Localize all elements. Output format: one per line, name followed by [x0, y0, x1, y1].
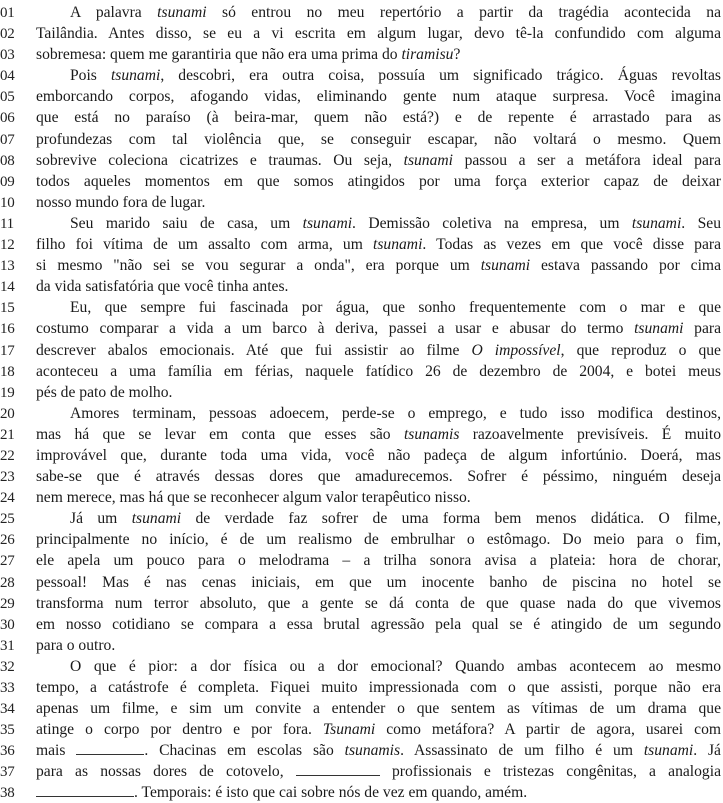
text-segment: razoavelmente previsíveis. É muito — [459, 426, 721, 443]
italic-term: tsunami — [634, 320, 683, 337]
text-segment: costumo comparar a vida a um barco à der… — [36, 320, 634, 337]
text-line: 31para o outro. — [0, 635, 723, 656]
text-line: 08sobrevive coleciona cicatrizes e traum… — [0, 150, 723, 171]
text-segment: , descobri, era outra coisa, possuía um … — [160, 67, 721, 84]
text-segment: mas há que se levar em conta que esses s… — [36, 426, 404, 443]
text-line: 25Já um tsunami de verdade faz sofrer de… — [0, 508, 723, 529]
text-line: 37para as nossas dores de cotovelo, prof… — [0, 761, 723, 782]
text-segment: profundezas com tal violência que, se co… — [36, 131, 721, 148]
italic-term: tsunami — [303, 215, 352, 232]
line-number: 16 — [0, 319, 36, 340]
text-line: 13si mesmo "não sei se vou segurar a ond… — [0, 255, 723, 276]
text-segment: pés de pato de molho. — [36, 384, 172, 401]
italic-term: tsunami — [157, 4, 206, 21]
line-number: 18 — [0, 362, 36, 383]
italic-term: tsunamis — [404, 426, 459, 443]
text-line: 34apenas um filme, e sim um convite a en… — [0, 698, 723, 719]
line-number: 04 — [0, 66, 36, 87]
text-segment: profissionais e tristezas congênitas, a … — [380, 763, 721, 780]
text-segment: como metáfora? A partir de agora, usarei… — [375, 721, 721, 738]
text-segment: para o outro. — [36, 637, 115, 654]
line-number: 24 — [0, 488, 36, 509]
text-segment: da vida satisfatória que você tinha ante… — [36, 278, 288, 295]
text-line: 01A palavra tsunami só entrou no meu rep… — [0, 2, 723, 23]
text-segment: sabe-se que é através dessas dores que a… — [36, 468, 721, 485]
line-text: para as nossas dores de cotovelo, profis… — [36, 761, 721, 782]
text-segment: passou a ser a metáfora ideal para — [453, 152, 721, 169]
fill-in-blank[interactable] — [76, 753, 144, 755]
text-line: 03sobremesa: quem me garantiria que não … — [0, 44, 723, 65]
text-line: 07profundezas com tal violência que, se … — [0, 129, 723, 150]
text-segment: si mesmo "não sei se vou segurar a onda"… — [36, 257, 481, 274]
line-text: Seu marido saiu de casa, um tsunami. Dem… — [36, 213, 721, 234]
text-segment: O que é pior: a dor física ou a dor emoc… — [70, 658, 721, 675]
line-number: 36 — [0, 741, 36, 762]
line-number: 23 — [0, 467, 36, 488]
text-segment: emborcando corpos, afogando vidas, elimi… — [36, 88, 721, 105]
text-segment: , que reproduz o que — [561, 342, 721, 359]
line-text: sabe-se que é através dessas dores que a… — [36, 466, 721, 487]
line-number: 07 — [0, 130, 36, 151]
text-segment: . Todas as vezes em que você disse para — [422, 236, 721, 253]
line-number: 05 — [0, 87, 36, 108]
line-number: 10 — [0, 193, 36, 214]
line-text: pés de pato de molho. — [36, 382, 721, 403]
italic-term: O impossível — [471, 342, 560, 359]
text-segment: Seu marido saiu de casa, um — [70, 215, 303, 232]
line-number: 02 — [0, 24, 36, 45]
text-line: 14da vida satisfatória que você tinha an… — [0, 276, 723, 297]
text-line: 02Tailândia. Antes disso, se eu a vi esc… — [0, 23, 723, 44]
line-number: 01 — [0, 3, 36, 24]
text-line: 20Amores terminam, pessoas adoecem, perd… — [0, 403, 723, 424]
text-line: 21mas há que se levar em conta que esses… — [0, 424, 723, 445]
line-text: todos aqueles momentos em que somos atin… — [36, 171, 721, 192]
line-text: nem merece, mas há que se reconhecer alg… — [36, 487, 721, 508]
line-number: 19 — [0, 383, 36, 404]
text-segment: . Demissão coletiva na empresa, um — [352, 215, 632, 232]
text-segment: filho foi vítima de um assalto com arma,… — [36, 236, 373, 253]
text-segment: Amores terminam, pessoas adoecem, perde-… — [70, 405, 721, 422]
line-number: 34 — [0, 699, 36, 720]
line-text: costumo comparar a vida a um barco à der… — [36, 318, 721, 339]
line-text: transforma num terror absoluto, que a ge… — [36, 593, 721, 614]
line-text: principalmente no início, é de um realis… — [36, 529, 721, 550]
text-segment: . Chacinas em escolas são — [144, 742, 344, 759]
text-segment: improvável que, durante toda uma vida, v… — [36, 447, 721, 464]
text-segment: sobremesa: quem me garantiria que não er… — [36, 46, 401, 63]
text-segment: transforma num terror absoluto, que a ge… — [36, 595, 721, 612]
text-line: 29transforma num terror absoluto, que a … — [0, 593, 723, 614]
line-text: descrever abalos emocionais. Até que fui… — [36, 340, 721, 361]
line-text: filho foi vítima de um assalto com arma,… — [36, 234, 721, 255]
line-text: mas há que se levar em conta que esses s… — [36, 424, 721, 445]
line-number: 26 — [0, 530, 36, 551]
line-number: 17 — [0, 341, 36, 362]
text-line: 11Seu marido saiu de casa, um tsunami. D… — [0, 213, 723, 234]
line-text: sobrevive coleciona cicatrizes e traumas… — [36, 150, 721, 171]
text-segment: . Temporais: é isto que cai sobre nós de… — [134, 784, 527, 801]
text-line: 19pés de pato de molho. — [0, 382, 723, 403]
text-segment: A palavra — [70, 4, 157, 21]
text-segment: para — [683, 320, 721, 337]
line-number: 32 — [0, 657, 36, 678]
line-text: que está no paraíso (à beira-mar, quem n… — [36, 107, 721, 128]
line-number: 13 — [0, 256, 36, 277]
text-line: 26principalmente no início, é de um real… — [0, 529, 723, 550]
line-number: 09 — [0, 172, 36, 193]
text-segment: que está no paraíso (à beira-mar, quem n… — [36, 109, 721, 126]
line-number: 08 — [0, 151, 36, 172]
line-number: 33 — [0, 678, 36, 699]
line-text: tempo, a catástrofe é completa. Fiquei m… — [36, 677, 721, 698]
document-text: 01A palavra tsunami só entrou no meu rep… — [0, 0, 723, 803]
line-text: para o outro. — [36, 635, 721, 656]
text-line: 17descrever abalos emocionais. Até que f… — [0, 340, 723, 361]
text-segment: pessoal! Mas é nas cenas iniciais, em qu… — [36, 574, 721, 591]
text-segment: sobrevive coleciona cicatrizes e traumas… — [36, 152, 404, 169]
line-number: 29 — [0, 594, 36, 615]
text-line: 38. Temporais: é isto que cai sobre nós … — [0, 782, 723, 803]
text-segment: ? — [453, 46, 460, 63]
line-number: 03 — [0, 45, 36, 66]
text-segment: . Já — [693, 742, 721, 759]
text-line: 24nem merece, mas há que se reconhecer a… — [0, 487, 723, 508]
line-number: 12 — [0, 235, 36, 256]
line-text: . Temporais: é isto que cai sobre nós de… — [36, 782, 721, 803]
text-line: 36mais . Chacinas em escolas são tsunami… — [0, 740, 723, 761]
line-text: A palavra tsunami só entrou no meu reper… — [36, 2, 721, 23]
text-line: 04Pois tsunami, descobri, era outra cois… — [0, 65, 723, 86]
line-text: Já um tsunami de verdade faz sofrer de u… — [36, 508, 721, 529]
italic-term: tsunami — [404, 152, 453, 169]
text-line: 12filho foi vítima de um assalto com arm… — [0, 234, 723, 255]
text-line: 10nosso mundo fora de lugar. — [0, 192, 723, 213]
line-text: pessoal! Mas é nas cenas iniciais, em qu… — [36, 572, 721, 593]
text-line: 27ele apela um pouco para o melodrama – … — [0, 550, 723, 571]
line-text: apenas um filme, e sim um convite a ente… — [36, 698, 721, 719]
line-text: Pois tsunami, descobri, era outra coisa,… — [36, 65, 721, 86]
line-number: 37 — [0, 762, 36, 783]
text-segment: . Seu — [681, 215, 721, 232]
line-number: 15 — [0, 298, 36, 319]
fill-in-blank[interactable] — [36, 795, 134, 797]
line-number: 21 — [0, 425, 36, 446]
line-text: O que é pior: a dor física ou a dor emoc… — [36, 656, 721, 677]
text-line: 35atinge o corpo por dentro e por fora. … — [0, 719, 723, 740]
text-segment: todos aqueles momentos em que somos atin… — [36, 173, 721, 190]
line-text: si mesmo "não sei se vou segurar a onda"… — [36, 255, 721, 276]
text-segment: . Assassinato de um filho é um — [400, 742, 644, 759]
italic-term: tsunami — [132, 510, 181, 527]
text-segment: Eu, que sempre fui fascinada por água, q… — [70, 299, 721, 316]
text-line: 09todos aqueles momentos em que somos at… — [0, 171, 723, 192]
italic-term: tsunami — [632, 215, 681, 232]
line-number: 25 — [0, 509, 36, 530]
text-segment: descrever abalos emocionais. Até que fui… — [36, 342, 471, 359]
line-number: 14 — [0, 277, 36, 298]
text-segment: tempo, a catástrofe é completa. Fiquei m… — [36, 679, 721, 696]
text-segment: aconteceu a uma família em férias, naque… — [36, 363, 721, 380]
line-number: 22 — [0, 446, 36, 467]
italic-term: Tsunami — [323, 721, 375, 738]
text-segment: estava passando por cima — [530, 257, 721, 274]
italic-term: tsunami — [644, 742, 693, 759]
text-segment: de verdade faz sofrer de uma forma bem m… — [181, 510, 721, 527]
text-line: 15Eu, que sempre fui fascinada por água,… — [0, 297, 723, 318]
line-text: profundezas com tal violência que, se co… — [36, 129, 721, 150]
fill-in-blank[interactable] — [296, 774, 380, 776]
line-number: 11 — [0, 214, 36, 235]
line-number: 35 — [0, 720, 36, 741]
line-number: 06 — [0, 108, 36, 129]
italic-term: tsunami — [111, 67, 160, 84]
line-number: 27 — [0, 551, 36, 572]
italic-term: tsunamis — [345, 742, 400, 759]
text-segment: apenas um filme, e sim um convite a ente… — [36, 700, 721, 717]
text-segment: ele apela um pouco para o melodrama – a … — [36, 552, 721, 569]
line-text: mais . Chacinas em escolas são tsunamis.… — [36, 740, 721, 761]
line-text: Amores terminam, pessoas adoecem, perde-… — [36, 403, 721, 424]
line-number: 28 — [0, 573, 36, 594]
text-segment: Já um — [70, 510, 132, 527]
text-segment: Pois — [70, 67, 111, 84]
line-text: Tailândia. Antes disso, se eu a vi escri… — [36, 23, 721, 44]
text-line: 30em nosso cotidiano se compara a essa b… — [0, 614, 723, 635]
line-text: em nosso cotidiano se compara a essa bru… — [36, 614, 721, 635]
line-number: 38 — [0, 783, 36, 803]
line-number: 20 — [0, 404, 36, 425]
text-line: 18aconteceu a uma família em férias, naq… — [0, 361, 723, 382]
line-text: da vida satisfatória que você tinha ante… — [36, 276, 721, 297]
text-line: 32O que é pior: a dor física ou a dor em… — [0, 656, 723, 677]
text-segment: para as nossas dores de cotovelo, — [36, 763, 296, 780]
text-line: 33tempo, a catástrofe é completa. Fiquei… — [0, 677, 723, 698]
line-text: Eu, que sempre fui fascinada por água, q… — [36, 297, 721, 318]
text-segment: Tailândia. Antes disso, se eu a vi escri… — [36, 25, 721, 42]
line-text: nosso mundo fora de lugar. — [36, 192, 721, 213]
italic-term: tsunami — [481, 257, 530, 274]
line-number: 31 — [0, 636, 36, 657]
line-text: atinge o corpo por dentro e por fora. Ts… — [36, 719, 721, 740]
text-line: 22improvável que, durante toda uma vida,… — [0, 445, 723, 466]
line-text: sobremesa: quem me garantiria que não er… — [36, 44, 721, 65]
text-line: 28pessoal! Mas é nas cenas iniciais, em … — [0, 572, 723, 593]
line-text: improvável que, durante toda uma vida, v… — [36, 445, 721, 466]
line-text: ele apela um pouco para o melodrama – a … — [36, 550, 721, 571]
italic-term: tiramisu — [401, 46, 453, 63]
line-number: 30 — [0, 615, 36, 636]
italic-term: tsunami — [373, 236, 422, 253]
text-segment: nosso mundo fora de lugar. — [36, 194, 205, 211]
text-segment: atinge o corpo por dentro e por fora. — [36, 721, 323, 738]
line-text: emborcando corpos, afogando vidas, elimi… — [36, 86, 721, 107]
text-line: 23sabe-se que é através dessas dores que… — [0, 466, 723, 487]
text-line: 16costumo comparar a vida a um barco à d… — [0, 318, 723, 339]
text-line: 05emborcando corpos, afogando vidas, eli… — [0, 86, 723, 107]
text-segment: principalmente no início, é de um realis… — [36, 531, 721, 548]
line-text: aconteceu a uma família em férias, naque… — [36, 361, 721, 382]
text-line: 06que está no paraíso (à beira-mar, quem… — [0, 107, 723, 128]
text-segment: em nosso cotidiano se compara a essa bru… — [36, 616, 721, 633]
text-segment: nem merece, mas há que se reconhecer alg… — [36, 489, 471, 506]
text-segment: mais — [36, 742, 76, 759]
text-segment: só entrou no meu repertório a partir da … — [207, 4, 721, 21]
